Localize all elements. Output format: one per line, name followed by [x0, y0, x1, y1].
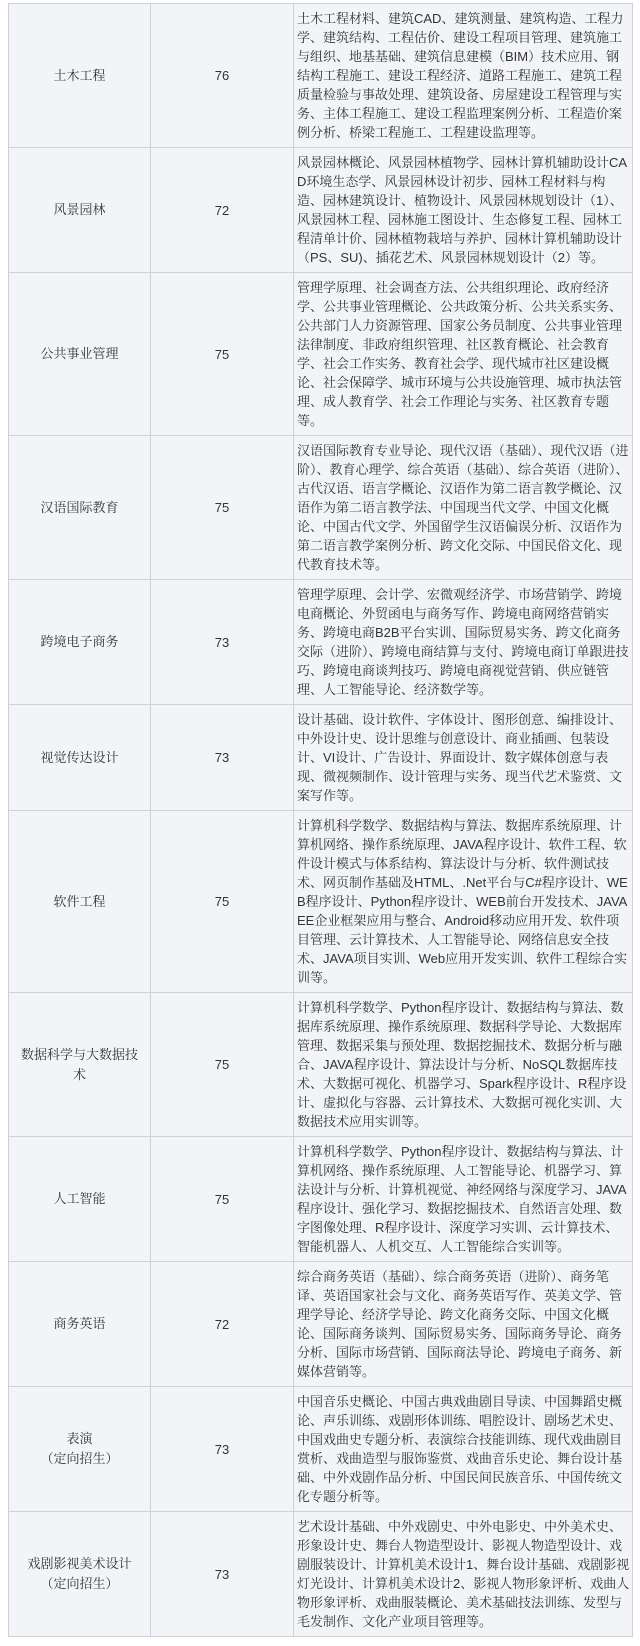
courses-cell: 中国音乐史概论、中国古典戏曲剧目导读、中国舞蹈史概论、声乐训练、戏剧形体训练、唱…: [294, 1387, 633, 1512]
score-value: 72: [215, 203, 229, 218]
major-name-cell: 人工智能: [9, 1137, 151, 1262]
score-value: 75: [215, 1192, 229, 1207]
courses-text: 汉语国际教育专业导论、现代汉语（基础）、现代汉语（进阶）、教育心理学、综合英语（…: [297, 443, 629, 572]
score-value: 75: [215, 1057, 229, 1072]
page: 土木工程 76 土木工程材料、建筑CAD、建筑测量、建筑构造、工程力学、建筑结构…: [0, 0, 640, 1646]
courses-text: 管理学原理、社会调查方法、公共组织理论、政府经济学、公共事业管理概论、公共政策分…: [297, 280, 622, 428]
courses-cell: 设计基础、设计软件、字体设计、图形创意、编排设计、中外设计史、设计思维与创意设计…: [294, 705, 633, 811]
courses-text: 艺术设计基础、中外戏剧史、中外电影史、中外美术史、形象设计史、舞台人物造型设计、…: [297, 1519, 629, 1629]
score-cell: 73: [151, 1387, 294, 1512]
courses-cell: 管理学原理、社会调查方法、公共组织理论、政府经济学、公共事业管理概论、公共政策分…: [294, 273, 633, 436]
major-name: 商务英语: [15, 1314, 144, 1334]
courses-cell: 土木工程材料、建筑CAD、建筑测量、建筑构造、工程力学、建筑结构、工程估价、建设…: [294, 4, 633, 148]
score-cell: 75: [151, 1137, 294, 1262]
courses-text: 土木工程材料、建筑CAD、建筑测量、建筑构造、工程力学、建筑结构、工程估价、建设…: [297, 11, 623, 140]
score-cell: 73: [151, 705, 294, 811]
courses-text: 设计基础、设计软件、字体设计、图形创意、编排设计、中外设计史、设计思维与创意设计…: [297, 712, 622, 803]
table-row: 软件工程 75 计算机科学数学、数据结构与算法、数据库系统原理、计算机网络、操作…: [9, 811, 633, 993]
major-name-subtitle: （定向招生）: [15, 1574, 144, 1594]
major-name-cell: 戏剧影视美术设计 （定向招生）: [9, 1512, 151, 1637]
major-name-cell: 公共事业管理: [9, 273, 151, 436]
major-name-cell: 数据科学与大数据技术: [9, 993, 151, 1137]
major-name: 数据科学与大数据技术: [15, 1045, 144, 1085]
courses-cell: 管理学原理、会计学、宏微观经济学、市场营销学、跨境电商概论、外贸函电与商务写作、…: [294, 580, 633, 705]
major-name: 土木工程: [15, 66, 144, 86]
courses-cell: 风景园林概论、风景园林植物学、园林计算机辅助设计CAD环境生态学、风景园林设计初…: [294, 148, 633, 273]
table-row: 戏剧影视美术设计 （定向招生） 73 艺术设计基础、中外戏剧史、中外电影史、中外…: [9, 1512, 633, 1637]
score-cell: 72: [151, 148, 294, 273]
score-cell: 72: [151, 1262, 294, 1387]
score-cell: 75: [151, 273, 294, 436]
table-row: 视觉传达设计 73 设计基础、设计软件、字体设计、图形创意、编排设计、中外设计史…: [9, 705, 633, 811]
major-name-cell: 风景园林: [9, 148, 151, 273]
score-value: 73: [215, 1442, 229, 1457]
score-value: 73: [215, 750, 229, 765]
table-row: 人工智能 75 计算机科学数学、Python程序设计、数据结构与算法、计算机网络…: [9, 1137, 633, 1262]
courses-text: 中国音乐史概论、中国古典戏曲剧目导读、中国舞蹈史概论、声乐训练、戏剧形体训练、唱…: [297, 1394, 622, 1504]
score-value: 73: [215, 1567, 229, 1582]
major-name-cell: 视觉传达设计: [9, 705, 151, 811]
major-name: 视觉传达设计: [15, 748, 144, 768]
courses-text: 计算机科学数学、Python程序设计、数据结构与算法、数据库系统原理、操作系统原…: [297, 1000, 626, 1129]
score-cell: 73: [151, 1512, 294, 1637]
courses-cell: 汉语国际教育专业导论、现代汉语（基础）、现代汉语（进阶）、教育心理学、综合英语（…: [294, 436, 633, 580]
courses-cell: 计算机科学数学、数据结构与算法、数据库系统原理、计算机网络、操作系统原理、JAV…: [294, 811, 633, 993]
table-row: 汉语国际教育 75 汉语国际教育专业导论、现代汉语（基础）、现代汉语（进阶）、教…: [9, 436, 633, 580]
major-name: 风景园林: [15, 200, 144, 220]
score-value: 76: [215, 68, 229, 83]
major-name: 汉语国际教育: [15, 498, 144, 518]
table-row: 表演 （定向招生） 73 中国音乐史概论、中国古典戏曲剧目导读、中国舞蹈史概论、…: [9, 1387, 633, 1512]
courses-cell: 综合商务英语（基础）、综合商务英语（进阶）、商务笔译、英语国家社会与文化、商务英…: [294, 1262, 633, 1387]
table-row: 数据科学与大数据技术 75 计算机科学数学、Python程序设计、数据结构与算法…: [9, 993, 633, 1137]
score-cell: 75: [151, 993, 294, 1137]
courses-cell: 计算机科学数学、Python程序设计、数据结构与算法、数据库系统原理、操作系统原…: [294, 993, 633, 1137]
major-name: 软件工程: [15, 892, 144, 912]
table-row: 公共事业管理 75 管理学原理、社会调查方法、公共组织理论、政府经济学、公共事业…: [9, 273, 633, 436]
score-cell: 76: [151, 4, 294, 148]
major-name-cell: 商务英语: [9, 1262, 151, 1387]
major-name-cell: 软件工程: [9, 811, 151, 993]
table-row: 跨境电子商务 73 管理学原理、会计学、宏微观经济学、市场营销学、跨境电商概论、…: [9, 580, 633, 705]
score-cell: 75: [151, 811, 294, 993]
courses-text: 综合商务英语（基础）、综合商务英语（进阶）、商务笔译、英语国家社会与文化、商务英…: [297, 1269, 622, 1379]
major-name: 跨境电子商务: [15, 632, 144, 652]
score-value: 75: [215, 500, 229, 515]
major-name: 公共事业管理: [15, 344, 144, 364]
courses-text: 计算机科学数学、数据结构与算法、数据库系统原理、计算机网络、操作系统原理、JAV…: [297, 818, 628, 985]
score-cell: 73: [151, 580, 294, 705]
major-name: 人工智能: [15, 1189, 144, 1209]
score-cell: 75: [151, 436, 294, 580]
score-value: 72: [215, 1317, 229, 1332]
courses-cell: 艺术设计基础、中外戏剧史、中外电影史、中外美术史、形象设计史、舞台人物造型设计、…: [294, 1512, 633, 1637]
table-row: 土木工程 76 土木工程材料、建筑CAD、建筑测量、建筑构造、工程力学、建筑结构…: [9, 4, 633, 148]
major-name-cell: 汉语国际教育: [9, 436, 151, 580]
major-name-cell: 土木工程: [9, 4, 151, 148]
courses-text: 计算机科学数学、Python程序设计、数据结构与算法、计算机网络、操作系统原理、…: [297, 1144, 627, 1254]
courses-text: 风景园林概论、风景园林植物学、园林计算机辅助设计CAD环境生态学、风景园林设计初…: [297, 155, 627, 265]
major-name-cell: 表演 （定向招生）: [9, 1387, 151, 1512]
majors-table: 土木工程 76 土木工程材料、建筑CAD、建筑测量、建筑构造、工程力学、建筑结构…: [8, 3, 633, 1637]
major-name-cell: 跨境电子商务: [9, 580, 151, 705]
major-name-subtitle: （定向招生）: [15, 1449, 144, 1469]
score-value: 75: [215, 894, 229, 909]
table-row: 商务英语 72 综合商务英语（基础）、综合商务英语（进阶）、商务笔译、英语国家社…: [9, 1262, 633, 1387]
courses-text: 管理学原理、会计学、宏微观经济学、市场营销学、跨境电商概论、外贸函电与商务写作、…: [297, 587, 629, 697]
major-name: 表演: [15, 1429, 144, 1449]
score-value: 75: [215, 347, 229, 362]
courses-cell: 计算机科学数学、Python程序设计、数据结构与算法、计算机网络、操作系统原理、…: [294, 1137, 633, 1262]
table-row: 风景园林 72 风景园林概论、风景园林植物学、园林计算机辅助设计CAD环境生态学…: [9, 148, 633, 273]
score-value: 73: [215, 635, 229, 650]
major-name: 戏剧影视美术设计: [15, 1554, 144, 1574]
